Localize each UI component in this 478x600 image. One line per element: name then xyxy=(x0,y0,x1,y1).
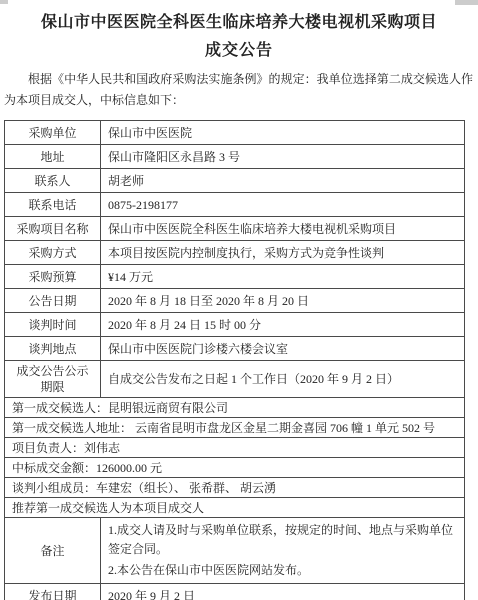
row-value: 保山市中医医院全科医生临床培养大楼电视机采购项目 xyxy=(101,217,465,241)
row-label: 谈判时间 xyxy=(5,313,101,337)
table-row: 项目负责人：刘伟志 xyxy=(5,438,465,458)
row-value: 保山市隆阳区永昌路 3 号 xyxy=(101,145,465,169)
row-text: 谈判小组成员：车建宏（组长）、 张希群、 胡云湧 xyxy=(5,478,465,498)
row-value: 2020 年 8 月 18 日至 2020 年 8 月 20 日 xyxy=(101,289,465,313)
row-label: 备注 xyxy=(5,518,101,584)
table-row: 联系人 胡老师 xyxy=(5,169,465,193)
row-value: 保山市中医医院 xyxy=(101,121,465,145)
row-label: 联系电话 xyxy=(5,193,101,217)
row-text: 项目负责人：刘伟志 xyxy=(5,438,465,458)
table-row: 联系电话 0875-2198177 xyxy=(5,193,465,217)
row-value: ¥14 万元 xyxy=(101,265,465,289)
row-value: 本项目按医院内控制度执行，采购方式为竞争性谈判 xyxy=(101,241,465,265)
remark-line: 2.本公告在保山市中医医院网站发布。 xyxy=(108,560,457,581)
table-row: 第一成交候选人地址： 云南省昆明市盘龙区金星二期金喜园 706 幢 1 单元 5… xyxy=(5,418,465,438)
row-label: 采购预算 xyxy=(5,265,101,289)
table-row: 第一成交候选人：昆明银远商贸有限公司 xyxy=(5,398,465,418)
row-label: 采购方式 xyxy=(5,241,101,265)
table-row: 公告日期 2020 年 8 月 18 日至 2020 年 8 月 20 日 xyxy=(5,289,465,313)
row-label: 成交公告公示期限 xyxy=(5,361,101,398)
table-row: 成交公告公示期限 自成交公告发布之日起 1 个工作日（2020 年 9 月 2 … xyxy=(5,361,465,398)
page-subtitle: 成交公告 xyxy=(0,42,478,60)
row-label: 谈判地点 xyxy=(5,337,101,361)
row-text: 中标成交金额：126000.00 元 xyxy=(5,458,465,478)
table-row: 谈判地点 保山市中医医院门诊楼六楼会议室 xyxy=(5,337,465,361)
table-row: 地址 保山市隆阳区永昌路 3 号 xyxy=(5,145,465,169)
table-row: 采购单位 保山市中医医院 xyxy=(5,121,465,145)
table-row: 谈判小组成员：车建宏（组长）、 张希群、 胡云湧 xyxy=(5,478,465,498)
row-label: 地址 xyxy=(5,145,101,169)
row-value: 自成交公告发布之日起 1 个工作日（2020 年 9 月 2 日） xyxy=(101,361,465,398)
table-row: 发布日期 2020 年 9 月 2 日 xyxy=(5,584,465,600)
intro-paragraph: 根据《中华人民共和国政府采购法实施条例》的规定：我单位选择第二成交候选人作为本项… xyxy=(4,69,473,111)
row-label: 采购项目名称 xyxy=(5,217,101,241)
announcement-table: 采购单位 保山市中医医院 地址 保山市隆阳区永昌路 3 号 联系人 胡老师 联系… xyxy=(4,120,465,600)
row-text: 第一成交候选人地址： 云南省昆明市盘龙区金星二期金喜园 706 幢 1 单元 5… xyxy=(5,418,465,438)
table-row: 采购项目名称 保山市中医医院全科医生临床培养大楼电视机采购项目 xyxy=(5,217,465,241)
row-value: 2020 年 9 月 2 日 xyxy=(101,584,465,600)
page-title: 保山市中医医院全科医生临床培养大楼电视机采购项目 xyxy=(0,0,478,32)
row-value: 保山市中医医院门诊楼六楼会议室 xyxy=(101,337,465,361)
table-row: 中标成交金额：126000.00 元 xyxy=(5,458,465,478)
table-row: 采购方式 本项目按医院内控制度执行，采购方式为竞争性谈判 xyxy=(5,241,465,265)
remark-line: 1.成交人请及时与采购单位联系，按规定的时间、地点与采购单位签定合同。 xyxy=(108,520,457,560)
row-label: 采购单位 xyxy=(5,121,101,145)
row-label: 发布日期 xyxy=(5,584,101,600)
remark-cell: 1.成交人请及时与采购单位联系，按规定的时间、地点与采购单位签定合同。 2.本公… xyxy=(101,518,465,584)
announcement-page: 保山市中医医院全科医生临床培养大楼电视机采购项目 成交公告 根据《中华人民共和国… xyxy=(0,0,478,600)
row-label: 公告日期 xyxy=(5,289,101,313)
table-row-remark: 备注 1.成交人请及时与采购单位联系，按规定的时间、地点与采购单位签定合同。 2… xyxy=(5,518,465,584)
table-row: 采购预算 ¥14 万元 xyxy=(5,265,465,289)
row-value: 2020 年 8 月 24 日 15 时 00 分 xyxy=(101,313,465,337)
row-value: 0875-2198177 xyxy=(101,193,465,217)
row-value: 胡老师 xyxy=(101,169,465,193)
row-label: 联系人 xyxy=(5,169,101,193)
scrollbar-fragment xyxy=(455,0,478,5)
row-text: 第一成交候选人：昆明银远商贸有限公司 xyxy=(5,398,465,418)
table-row: 推荐第一成交候选人为本项目成交人 xyxy=(5,498,465,518)
table-row: 谈判时间 2020 年 8 月 24 日 15 时 00 分 xyxy=(5,313,465,337)
corner-artifact-left xyxy=(0,0,8,4)
row-text: 推荐第一成交候选人为本项目成交人 xyxy=(5,498,465,518)
